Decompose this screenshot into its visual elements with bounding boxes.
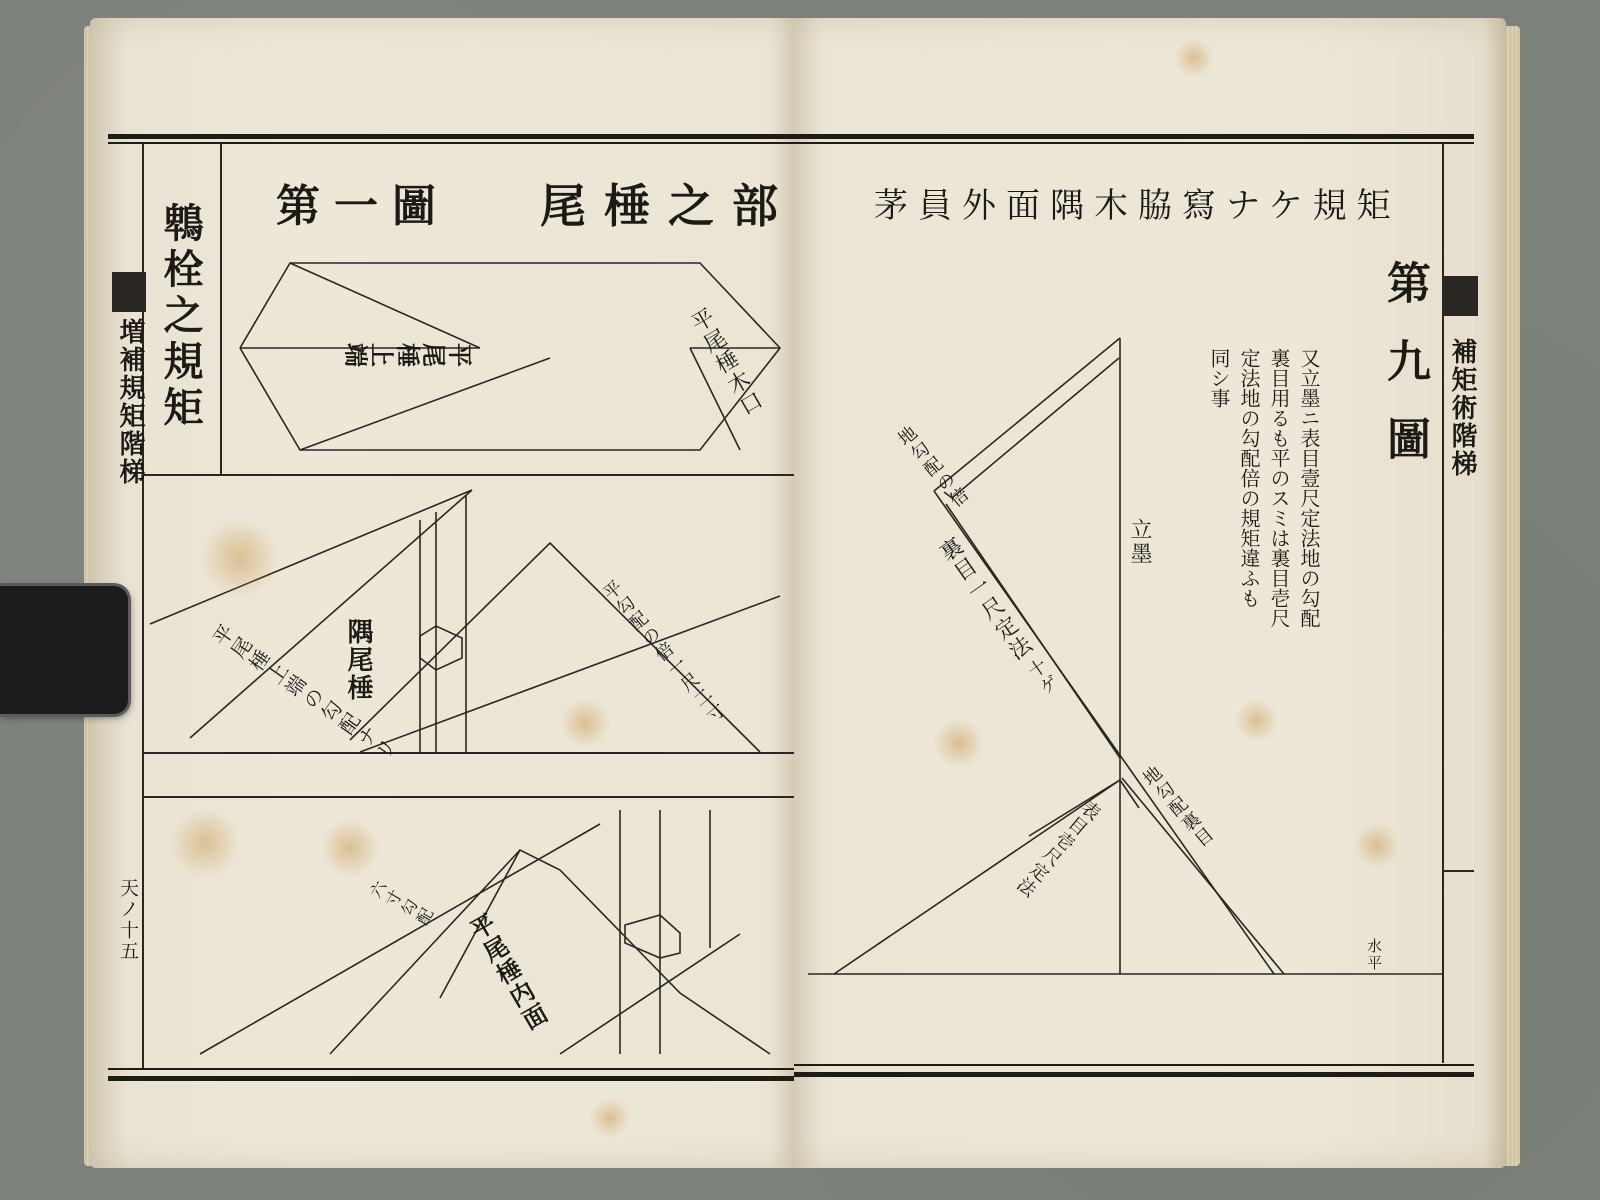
foxing-stain <box>320 818 380 878</box>
foxing-stain <box>560 698 610 748</box>
foxing-stain <box>170 808 240 878</box>
open-book: 増補規矩階梯 天ノ十五 尾棰之部 第一圖 鵯栓之規矩 <box>90 18 1510 1186</box>
right-page: 補矩術階梯 茅員外面隅木脇寫ナケ規矩 第九圖 又立墨ニ表目壹尺定法地の勾配 裏目… <box>794 18 1506 1168</box>
hip-rafter-diagram <box>794 18 1506 1168</box>
label-baseline: 水平 <box>1364 938 1385 972</box>
label-vertical-line: 立墨 <box>1124 518 1155 566</box>
label-rafter-top: 平尾棰上端 <box>343 336 473 371</box>
foxing-stain <box>590 1098 630 1138</box>
foxing-stain <box>1354 823 1399 868</box>
foxing-stain <box>200 518 280 598</box>
foxing-stain <box>1234 698 1279 743</box>
foxing-stain <box>1174 38 1214 78</box>
foxing-stain <box>934 718 984 768</box>
label-hip-rafter: 隅尾棰 <box>340 618 377 702</box>
left-page: 増補規矩階梯 天ノ十五 尾棰之部 第一圖 鵯栓之規矩 <box>90 18 794 1168</box>
book-clip <box>0 586 128 714</box>
rafter-diagrams-left <box>90 18 794 1168</box>
